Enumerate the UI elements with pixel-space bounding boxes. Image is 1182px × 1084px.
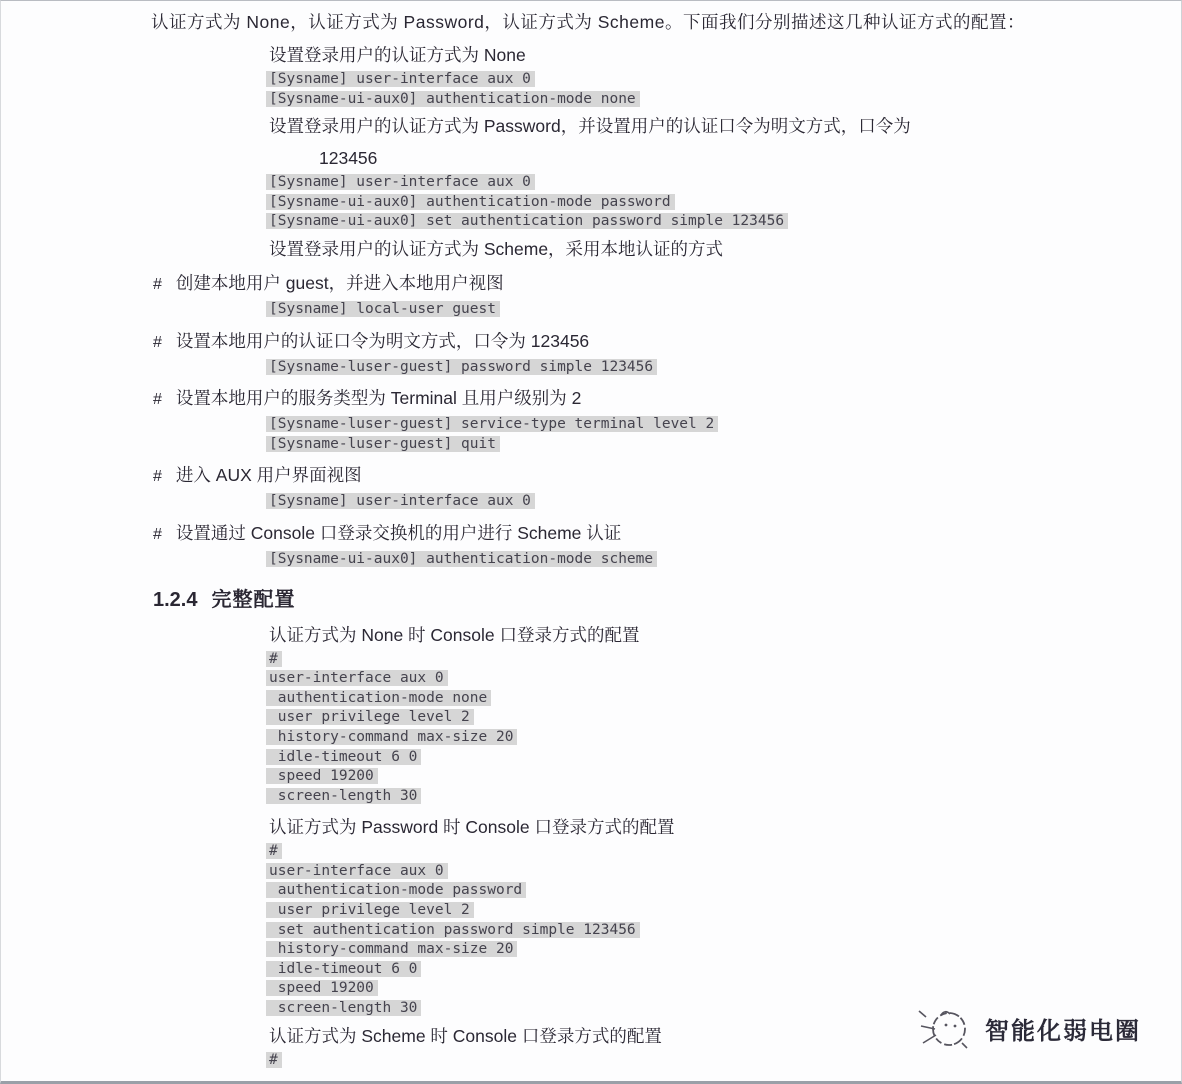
code-line-text: [Sysname-ui-aux0] authentication-mode sc…	[266, 551, 657, 567]
code-line-text: [Sysname-ui-aux0] set authentication pas…	[266, 213, 788, 229]
code-line-text: screen-length 30	[266, 1000, 421, 1016]
code-block: [Sysname] user-interface aux 0	[266, 492, 1181, 512]
code-line: idle-timeout 6 0	[266, 748, 1181, 768]
code-line: [Sysname-luser-guest] quit	[266, 435, 1181, 455]
bullet-item: #设置本地用户的认证口令为明文方式，口令为 123456	[153, 328, 1181, 356]
bullet-marker: #	[153, 272, 162, 298]
code-line-text: user-interface aux 0	[266, 863, 448, 879]
code-line: screen-length 30	[266, 787, 1181, 807]
code-line-text: #	[266, 843, 282, 859]
code-line-text: history-command max-size 20	[266, 729, 517, 745]
code-line-text: [Sysname-luser-guest] password simple 12…	[266, 359, 657, 375]
bullet-marker: #	[153, 330, 162, 356]
code-line-text: [Sysname] user-interface aux 0	[266, 71, 535, 87]
bullet-item: #进入 AUX 用户界面视图	[153, 462, 1181, 490]
code-line-text: idle-timeout 6 0	[266, 961, 421, 977]
code-line: [Sysname-ui-aux0] set authentication pas…	[266, 212, 1181, 232]
code-line: user-interface aux 0	[266, 862, 1181, 882]
bullet-item: #创建本地用户 guest，并进入本地用户视图	[153, 270, 1181, 298]
bullet-text: 设置通过 Console 口登录交换机的用户进行 Scheme 认证	[176, 523, 621, 543]
code-line-text: user privilege level 2	[266, 902, 474, 918]
code-line-text: [Sysname] user-interface aux 0	[266, 174, 535, 190]
code-line: [Sysname] user-interface aux 0	[266, 173, 1181, 193]
code-line-text: [Sysname] user-interface aux 0	[266, 493, 535, 509]
bullet-marker: #	[153, 464, 162, 490]
code-block: [Sysname-luser-guest] service-type termi…	[266, 415, 1181, 454]
section-title: 完整配置	[211, 589, 295, 611]
code-line-text: user-interface aux 0	[266, 670, 448, 686]
code-line: authentication-mode password	[266, 881, 1181, 901]
code-line-text: #	[266, 1052, 282, 1068]
section-number: 1.2.4	[153, 589, 197, 611]
code-line-text: screen-length 30	[266, 788, 421, 804]
document-content: 认证方式为 None，认证方式为 Password，认证方式为 Scheme。下…	[1, 1, 1181, 1070]
code-line: [Sysname-ui-aux0] authentication-mode no…	[266, 90, 1181, 110]
code-line: authentication-mode none	[266, 689, 1181, 709]
code-block: [Sysname-ui-aux0] authentication-mode sc…	[266, 550, 1181, 570]
intro-paragraph: 认证方式为 None，认证方式为 Password，认证方式为 Scheme。下…	[151, 7, 1051, 38]
code-line-text: [Sysname-ui-aux0] authentication-mode no…	[266, 91, 640, 107]
code-line: [Sysname-ui-aux0] authentication-mode pa…	[266, 193, 1181, 213]
code-line: [Sysname-ui-aux0] authentication-mode sc…	[266, 550, 1181, 570]
section-heading: 1.2.4完整配置	[153, 586, 1181, 614]
code-line: [Sysname] local-user guest	[266, 300, 1181, 320]
code-line-text: [Sysname] local-user guest	[266, 301, 500, 317]
code-line: speed 19200	[266, 767, 1181, 787]
bullet-text: 进入 AUX 用户界面视图	[176, 465, 362, 485]
code-block: [Sysname] user-interface aux 0[Sysname-u…	[266, 70, 1181, 109]
code-block: [Sysname-luser-guest] password simple 12…	[266, 358, 1181, 378]
code-line: [Sysname] user-interface aux 0	[266, 492, 1181, 512]
config-block: #user-interface aux 0 authentication-mod…	[266, 842, 1181, 1018]
code-line: #	[266, 842, 1181, 862]
bullet-item: #设置本地用户的服务类型为 Terminal 且用户级别为 2	[153, 385, 1181, 413]
code-line-text: user privilege level 2	[266, 709, 474, 725]
bullet-text: 创建本地用户 guest，并进入本地用户视图	[176, 273, 504, 293]
bullet-marker: #	[153, 387, 162, 413]
code-line-text: [Sysname-ui-aux0] authentication-mode pa…	[266, 194, 675, 210]
code-line-text: [Sysname-luser-guest] quit	[266, 436, 500, 452]
code-line-text: speed 19200	[266, 980, 378, 996]
code-line: [Sysname] user-interface aux 0	[266, 70, 1181, 90]
code-line: history-command max-size 20	[266, 728, 1181, 748]
code-line-text: [Sysname-luser-guest] service-type termi…	[266, 416, 718, 432]
code-line-text: speed 19200	[266, 768, 378, 784]
code-line-text: history-command max-size 20	[266, 941, 517, 957]
bullet-marker: #	[153, 522, 162, 548]
code-line: #	[266, 650, 1181, 670]
config-block: #user-interface aux 0 authentication-mod…	[266, 650, 1181, 807]
bullet-text: 设置本地用户的认证口令为明文方式，口令为 123456	[176, 331, 589, 351]
code-line: [Sysname-luser-guest] service-type termi…	[266, 415, 1181, 435]
watermark: 智能化弱电圈	[913, 999, 1141, 1057]
subheading: 设置登录用户的认证方式为 Scheme，采用本地认证的方式	[269, 236, 1181, 262]
code-line-text: authentication-mode password	[266, 882, 526, 898]
code-block: [Sysname] local-user guest	[266, 300, 1181, 320]
code-line: user privilege level 2	[266, 901, 1181, 921]
code-line-text: authentication-mode none	[266, 690, 491, 706]
code-line: history-command max-size 20	[266, 940, 1181, 960]
watermark-text: 智能化弱电圈	[985, 1011, 1141, 1046]
bullet-text: 设置本地用户的服务类型为 Terminal 且用户级别为 2	[176, 388, 581, 408]
subheading: 认证方式为 None 时 Console 口登录方式的配置	[269, 622, 1181, 648]
code-line: user-interface aux 0	[266, 669, 1181, 689]
document-page: 认证方式为 None，认证方式为 Password，认证方式为 Scheme。下…	[0, 0, 1182, 1084]
bullet-item: #设置通过 Console 口登录交换机的用户进行 Scheme 认证	[153, 520, 1181, 548]
subheading: 123456	[319, 145, 1181, 171]
code-line: speed 19200	[266, 979, 1181, 999]
subheading: 设置登录用户的认证方式为 None	[269, 42, 1181, 68]
code-line-text: idle-timeout 6 0	[266, 749, 421, 765]
subheading: 设置登录用户的认证方式为 Password，并设置用户的认证口令为明文方式，口令…	[269, 113, 1181, 139]
code-block: [Sysname] user-interface aux 0[Sysname-u…	[266, 173, 1181, 232]
subheading: 认证方式为 Password 时 Console 口登录方式的配置	[269, 814, 1181, 840]
code-line-text: #	[266, 651, 282, 667]
code-line: user privilege level 2	[266, 708, 1181, 728]
code-line: [Sysname-luser-guest] password simple 12…	[266, 358, 1181, 378]
sketch-cat-doodle-icon	[913, 999, 975, 1057]
code-line: idle-timeout 6 0	[266, 960, 1181, 980]
code-line: set authentication password simple 12345…	[266, 921, 1181, 941]
code-line-text: set authentication password simple 12345…	[266, 922, 640, 938]
